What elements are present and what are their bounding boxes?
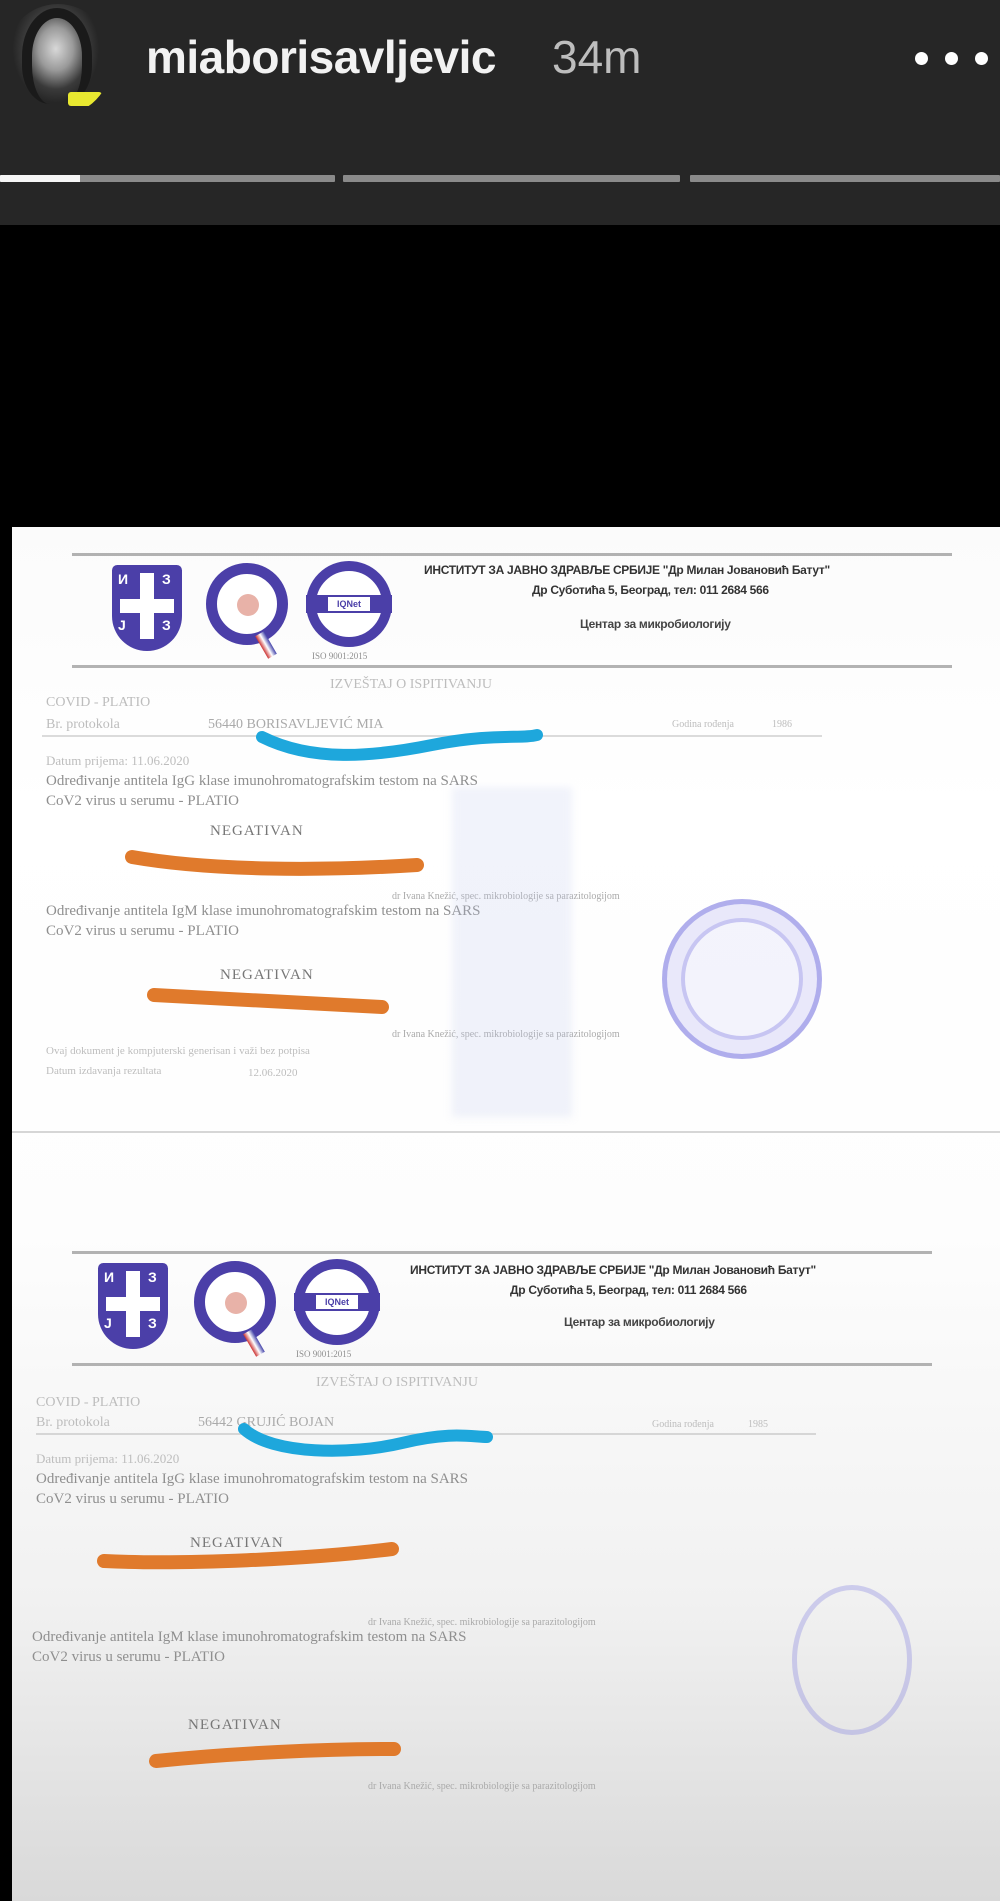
institute-shield-logo: И З Ј З xyxy=(112,565,182,651)
shield-letter: И xyxy=(104,1269,114,1285)
birth-year-value: 1986 xyxy=(772,719,792,730)
shield-letter: Ј xyxy=(104,1315,112,1331)
igm-test-description-2: CoV2 virus u serumu - PLATIO xyxy=(46,923,239,940)
iso-label: ISO 9001:2015 xyxy=(312,651,367,661)
iqnet-label: IQNet xyxy=(316,1295,358,1309)
received-date: Datum prijema: 11.06.2020 xyxy=(46,753,189,769)
igg-test-description: Određivanje antitela IgG klase imunohrom… xyxy=(46,773,478,790)
quality-q-logo xyxy=(206,563,288,645)
igg-test-description: Određivanje antitela IgG klase imunohrom… xyxy=(36,1471,468,1488)
avatar-badge xyxy=(68,92,102,106)
shield-letter: И xyxy=(118,571,128,587)
report-category: COVID - PLATIO xyxy=(36,1395,140,1411)
more-horizontal-icon xyxy=(915,52,928,65)
birth-year-label: Godina rođenja xyxy=(652,1419,714,1430)
header-rule-bottom xyxy=(72,665,952,668)
report-category: COVID - PLATIO xyxy=(46,695,150,711)
story-progress-segment-3[interactable] xyxy=(690,175,1000,182)
iqnet-label: IQNet xyxy=(328,597,370,611)
institute-name: ИНСТИТУТ ЗА ЈАВНО ЗДРАВЉЕ СРБИЈЕ "Др Мил… xyxy=(424,563,830,577)
igm-result: NEGATIVAN xyxy=(220,967,314,984)
iqnet-logo: IQNet xyxy=(306,561,392,647)
igg-result-highlight-stroke xyxy=(92,1537,412,1577)
profile-avatar[interactable] xyxy=(4,4,112,116)
story-header: miaborisavljevic 34m xyxy=(0,0,1000,225)
header-rule-top xyxy=(72,1251,932,1254)
institute-shield-logo: И З Ј З xyxy=(98,1263,168,1349)
official-stamp xyxy=(792,1585,912,1735)
doctor-signature-line: dr Ivana Knežić, spec. mikrobiologije sa… xyxy=(368,1617,596,1628)
iqnet-logo: IQNet xyxy=(294,1259,380,1345)
issued-date-value: 12.06.2020 xyxy=(248,1067,298,1079)
iso-label: ISO 9001:2015 xyxy=(296,1349,351,1359)
igm-result-highlight-stroke xyxy=(142,985,402,1025)
department-name: Центар за микробиологију xyxy=(564,1315,715,1329)
story-progress-segment-1[interactable] xyxy=(0,175,335,182)
shield-letter: З xyxy=(148,1315,157,1331)
shield-letter: Ј xyxy=(118,617,126,633)
shield-letter: З xyxy=(162,571,171,587)
header-rule-top xyxy=(72,553,952,556)
igm-result: NEGATIVAN xyxy=(188,1717,282,1734)
shield-letter: З xyxy=(162,617,171,633)
story-progress-segment-2[interactable] xyxy=(343,175,680,182)
igg-test-description-2: CoV2 virus u serumu - PLATIO xyxy=(46,793,239,810)
shield-letter: З xyxy=(148,1269,157,1285)
avatar-portrait xyxy=(22,8,92,104)
protocol-label: Br. protokola xyxy=(46,717,120,733)
issued-date-label: Datum izdavanja rezultata xyxy=(46,1065,161,1077)
igm-test-description-2: CoV2 virus u serumu - PLATIO xyxy=(32,1649,225,1666)
report-title: IZVEŠTAJ O ISPITIVANJU xyxy=(330,677,492,693)
footer-note: Ovaj dokument je kompjuterski generisan … xyxy=(46,1045,310,1057)
progress-fill xyxy=(0,175,80,182)
igm-test-description: Određivanje antitela IgM klase imunohrom… xyxy=(32,1629,467,1646)
story-timestamp: 34m xyxy=(552,30,641,84)
more-dot xyxy=(975,52,988,65)
igg-test-description-2: CoV2 virus u serumu - PLATIO xyxy=(36,1491,229,1508)
igm-test-description: Određivanje antitela IgM klase imunohrom… xyxy=(46,903,481,920)
test-report-1: И З Ј З IQNet ISO 9001:2015 ИНСТИТУТ ЗА … xyxy=(12,527,1000,1237)
igg-result: NEGATIVAN xyxy=(210,823,304,840)
institute-address: Др Суботића 5, Београд, тел: 011 2684 56… xyxy=(532,583,769,597)
birth-year-label: Godina rođenja xyxy=(672,719,734,730)
name-highlight-stroke xyxy=(252,717,552,767)
story-media[interactable]: И З Ј З IQNet ISO 9001:2015 ИНСТИТУТ ЗА … xyxy=(0,225,1000,1901)
doctor-signature-line-2: dr Ivana Knežić, spec. mikrobiologije sa… xyxy=(368,1781,596,1792)
name-highlight-stroke xyxy=(232,1415,502,1465)
birth-year-value: 1985 xyxy=(748,1419,768,1430)
more-dot xyxy=(945,52,958,65)
quality-q-logo xyxy=(194,1261,276,1343)
igg-result-highlight-stroke xyxy=(122,845,432,885)
story-username[interactable]: miaborisavljevic xyxy=(146,30,496,84)
official-stamp xyxy=(662,899,822,1059)
received-date: Datum prijema: 11.06.2020 xyxy=(36,1451,179,1467)
page-edge-rule xyxy=(12,1131,1000,1133)
department-name: Центар за микробиологију xyxy=(580,617,731,631)
header-rule-bottom xyxy=(72,1363,932,1366)
institute-name: ИНСТИТУТ ЗА ЈАВНО ЗДРАВЉЕ СРБИЈЕ "Др Мил… xyxy=(410,1263,816,1277)
more-options-button[interactable] xyxy=(905,40,995,76)
institute-address: Др Суботића 5, Београд, тел: 011 2684 56… xyxy=(510,1283,747,1297)
report-title: IZVEŠTAJ O ISPITIVANJU xyxy=(316,1375,478,1391)
signature-smudge xyxy=(452,787,572,1117)
igm-result-highlight-stroke xyxy=(144,1735,424,1775)
test-report-2: И З Ј З IQNet ISO 9001:2015 ИНСТИТУТ ЗА … xyxy=(12,1235,1000,1901)
protocol-label: Br. protokola xyxy=(36,1415,110,1431)
